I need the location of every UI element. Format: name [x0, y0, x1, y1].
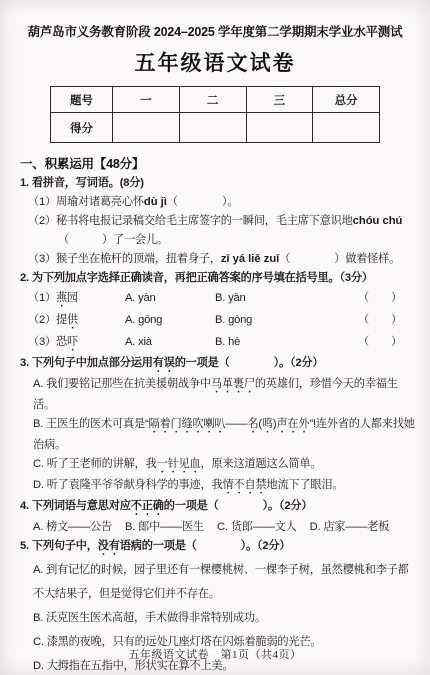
q3-option-b: B. 王医生的医术可真是“隔着门缝吹喇叭——名(鸣)声在外”!连外省的人都来找她…: [33, 415, 416, 455]
q2-row-2-answer-blank: （ ）: [358, 310, 416, 332]
score-cell-two: [179, 113, 246, 143]
q1-item-1: （1）周瑜对诸葛亮心怀dù jì（ ）。: [28, 193, 416, 212]
q4-option-d: D. 店家——老板: [310, 518, 390, 537]
q2-row-3-option-a: A. xià: [125, 332, 215, 354]
q1-item-3-post: 做着怪样。: [345, 253, 400, 265]
q5-stem-em: 没有: [98, 540, 120, 552]
q3-option-d-pre: D. 听了袁隆平爷爷献身科学的事迹，我: [33, 479, 223, 491]
q2-stem: 2. 为下列加点字选择正确读音，再把正确答案的序号填在括号里。（3分）: [20, 269, 416, 288]
q4-stem: 4. 下列词语与意思对应不正确的一项是（ ）。（2分）: [20, 497, 416, 518]
q3-option-c: C. 听了王老师的讲解，我一针见血，原来这道题这么简单。: [33, 455, 416, 476]
q1-item-1-post: 。: [227, 196, 238, 208]
section-1-heading: 一、积累运用【48分】: [20, 155, 416, 174]
q3-option-c-em: 一针见血: [157, 458, 201, 470]
q1-item-2-post: 了一会儿。: [113, 234, 168, 246]
q1-item-3-blank: （ ）: [279, 253, 345, 265]
q3-stem: 3. 下列句子中加点部分运用有误的一项是（ ）。（2分）: [20, 354, 416, 375]
q1-item-2-text: （2）秘书将电报记录稿交给毛主席签字的一瞬间，毛主席下意识地: [28, 215, 353, 227]
q5-stem-pre: 5. 下列句子中，: [20, 540, 98, 552]
q2-row-1-num: （1）: [28, 292, 56, 304]
q4-options-row: A. 榜文——公告 B. 郎中——医生 C. 货郎——文人 D. 店家——老板: [33, 518, 416, 537]
q2-row-2-option-a: A. gōng: [125, 310, 215, 332]
q5-stem-post: 语病的一项是（ ）。（2分）: [120, 540, 291, 552]
exam-paper-page: 葫芦岛市义务教育阶段 2024–2025 学年度第二学期期末学业水平测试 五年级…: [0, 0, 430, 675]
q3-option-d-em: 情不自禁: [223, 479, 267, 491]
q4-option-a: A. 榜文——公告: [33, 518, 112, 537]
q4-stem-em: 不正确: [131, 500, 164, 512]
q2-row-3-num: （3）: [28, 336, 56, 348]
q2-row-1-option-a: A. yàn: [125, 288, 215, 310]
q1-item-1-text: （1）周瑜对诸葛亮心怀: [28, 196, 144, 208]
q1-item-3: （3）猴子坐在桅杆的顶端，扭着身子，zī yá liě zuǐ（ ）做着怪样。: [28, 250, 416, 269]
q1-item-1-blank: （ ）: [167, 196, 227, 208]
paper-body: 一、积累运用【48分】 1. 看拼音，写词语。(8分) （1）周瑜对诸葛亮心怀d…: [0, 155, 430, 675]
q2-row-3-word: （3）恐吓: [28, 332, 125, 354]
q4-option-c: C. 货郎——文人: [217, 518, 297, 537]
score-table-col-two: 二: [179, 87, 246, 113]
q3-option-d-post: 地流下了眼泪。: [266, 479, 343, 491]
page-title: 五年级语文试卷: [0, 47, 430, 77]
score-table-col-total: 总分: [313, 87, 380, 113]
q4-option-b: B. 郎中——医生: [125, 518, 204, 537]
q3-option-b-pre: B. 王医生的医术可真是: [33, 418, 145, 430]
score-table: 题号 一 二 三 总分 得分: [50, 86, 380, 143]
q2-row-1-word-em: 燕: [56, 292, 67, 304]
q2-row-1-option-b: B. yān: [215, 288, 358, 310]
q2-row-1-word: （1）燕园: [28, 288, 125, 310]
q2-row-1-word-post: 园: [67, 292, 78, 304]
q5-stem: 5. 下列句子中，没有语病的一项是（ ）。（2分）: [20, 537, 416, 558]
q5-option-a: A. 到有记忆的时候，园子里还有一棵樱桃树、一棵李子树，虽然樱桃和李子都不大结果…: [33, 558, 416, 606]
q2-row-1: （1）燕园 A. yàn B. yān （ ）: [28, 288, 416, 310]
score-table-header-row: 题号 一 二 三 总分: [51, 87, 380, 113]
score-cell-one: [113, 113, 180, 143]
score-table-score-row: 得分: [51, 113, 380, 143]
q1-item-1-pinyin: dù jì: [144, 196, 167, 208]
q3-option-a: A. 我们要铭记那些在抗美援朝战争中马革裹尸的英雄们，珍惜今天的幸福生活。: [33, 375, 416, 415]
q1-item-2: （2）秘书将电报记录稿交给毛主席签字的一瞬间，毛主席下意识地chóu chú（ …: [28, 212, 416, 250]
score-table-col-one: 一: [113, 87, 180, 113]
q3-option-c-pre: C. 听了王老师的讲解，我: [33, 458, 157, 470]
exam-header-line: 葫芦岛市义务教育阶段 2024–2025 学年度第二学期期末学业水平测试: [0, 0, 430, 40]
q3-option-a-em: 马革裹尸: [211, 378, 255, 390]
q1-item-2-pinyin: chóu chú: [353, 215, 403, 227]
q1-item-2-blank: （ ）: [58, 234, 113, 246]
q2-row-3: （3）恐吓 A. xià B. hè （ ）: [28, 332, 416, 354]
q4-stem-post: 的一项是（ ）。（2分）: [164, 500, 313, 512]
score-cell-three: [246, 113, 313, 143]
q3-option-a-pre: A. 我们要铭记那些在抗美援朝战争中: [33, 378, 211, 390]
q3-option-b-em: “隔着门缝吹喇叭——名(鸣)声在外”: [145, 418, 313, 430]
q3-option-c-post: ，原来这道题这么简单。: [201, 458, 322, 470]
q5-option-b: B. 沃克医生医术高超，手术做得非常特别成功。: [33, 606, 416, 630]
score-cell-total: [313, 113, 380, 143]
q2-row-3-option-b: B. hè: [215, 332, 358, 354]
q1-item-3-pinyin: zī yá liě zuǐ: [221, 253, 279, 265]
q1-item-3-text: （3）猴子坐在桅杆的顶端，扭着身子，: [28, 253, 221, 265]
q2-row-2-num: （2）: [28, 314, 56, 326]
q2-row-3-word-em: 吓: [67, 336, 78, 348]
q4-stem-pre: 4. 下列词语与意思对应: [20, 500, 131, 512]
score-table-col-number: 题号: [51, 87, 113, 113]
q1-stem: 1. 看拼音，写词语。(8分): [20, 174, 416, 193]
q2-row-2-word-pre: 提: [56, 314, 67, 326]
q2-row-2: （2）提供 A. gōng B. gòng （ ）: [28, 310, 416, 332]
q2-row-3-answer-blank: （ ）: [358, 332, 416, 354]
q2-row-1-answer-blank: （ ）: [358, 288, 416, 310]
q3-option-d: D. 听了袁隆平爷爷献身科学的事迹，我情不自禁地流下了眼泪。: [33, 476, 416, 497]
q3-stem-post: 的一项是（ ）。（2分）: [175, 357, 324, 369]
score-row-label: 得分: [51, 113, 113, 143]
score-table-col-three: 三: [246, 87, 313, 113]
q2-row-2-word: （2）提供: [28, 310, 125, 332]
q3-stem-pre: 3. 下列句子中加点部分运用: [20, 357, 153, 369]
q2-row-3-word-pre: 恐: [56, 336, 67, 348]
q2-row-2-word-em: 供: [67, 314, 78, 326]
q3-stem-em: 有误: [153, 357, 175, 369]
q2-row-2-option-b: B. gòng: [215, 310, 358, 332]
page-footer: 五年级语文试卷 第1页（共4页）: [0, 646, 430, 662]
